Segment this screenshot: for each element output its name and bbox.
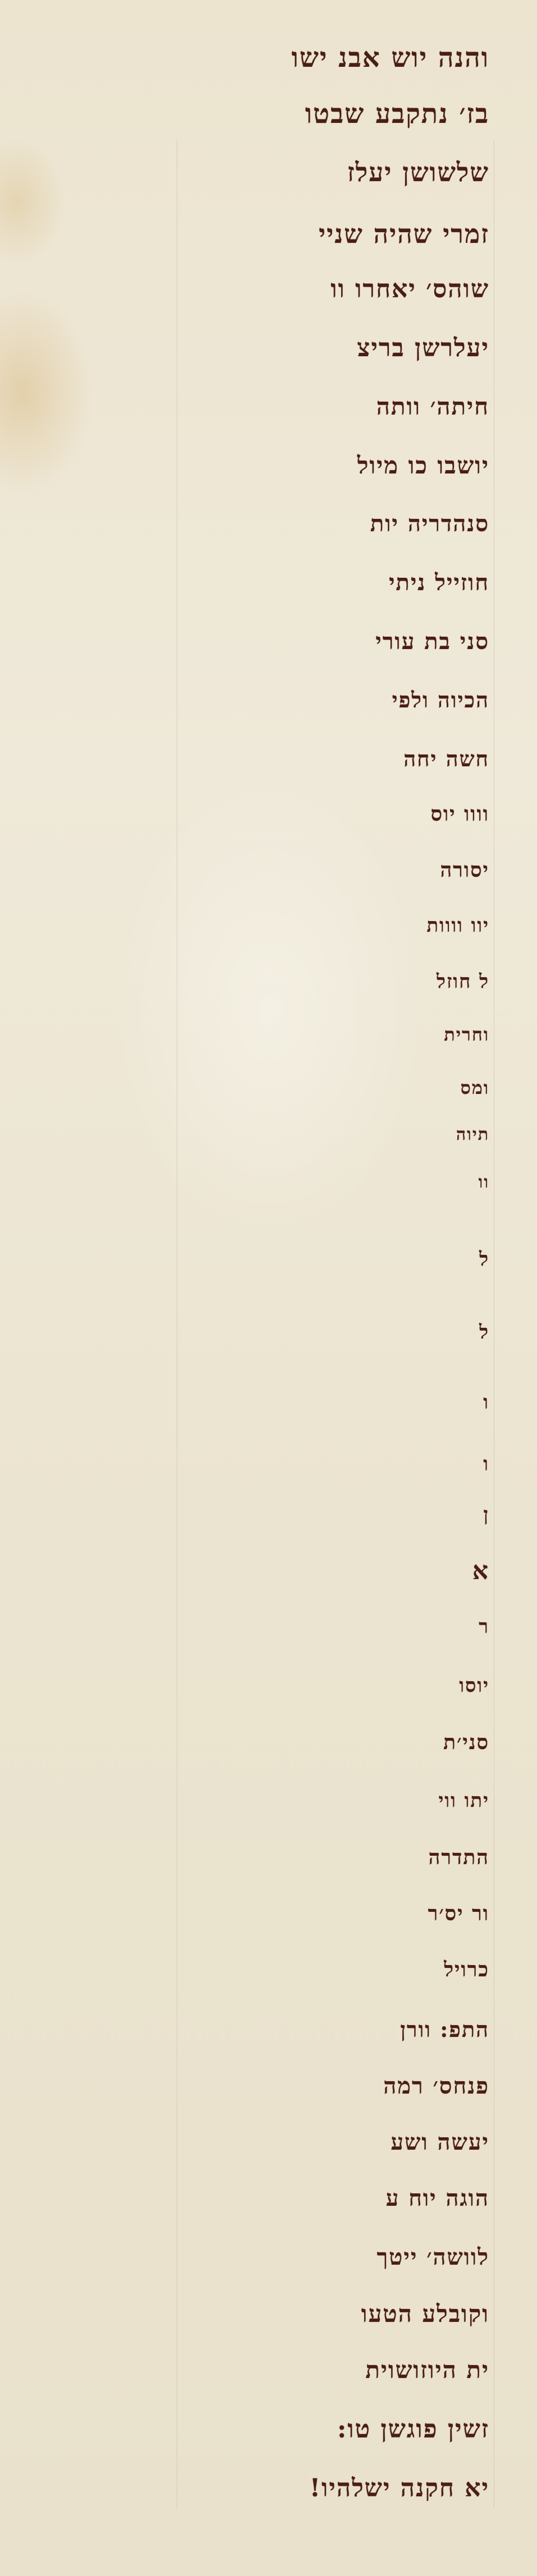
manuscript-line: ית היוזושוית [365, 2356, 489, 2384]
manuscript-line: זמרי שהיה שניי [319, 219, 489, 249]
manuscript-line: יא חקנה ישלהיו! [310, 2474, 489, 2503]
manuscript-line: יעלרשן בריצ [357, 334, 489, 362]
manuscript-line: ור יס׳ר [428, 1902, 489, 1925]
manuscript-line: סני בת עורי [375, 628, 489, 655]
manuscript-line: חיתה׳ וותה [377, 393, 489, 421]
manuscript-line: וו [479, 1172, 489, 1192]
manuscript-line: יתו ווי [439, 1790, 490, 1812]
manuscript-line: בז׳ נתקבע שבטו [305, 98, 489, 130]
manuscript-line: וווו יוס [430, 802, 489, 826]
manuscript-line: שוהס׳ יאחרו וו [331, 275, 489, 303]
manuscript-line: חשה יחה [403, 746, 489, 772]
manuscript-line: ל [479, 1248, 489, 1271]
manuscript-line: חוזייל ניתי [389, 569, 489, 596]
manuscript-line: ן [483, 1503, 489, 1526]
manuscript-line: יסורה [440, 858, 489, 882]
manuscript-text-column: והנה יוש אבנ ישובז׳ נתקבע שבטושלשושן יעל… [0, 0, 537, 2576]
manuscript-line: ומס [461, 1077, 489, 1098]
manuscript-line: סנהדריה יות [370, 510, 489, 537]
manuscript-line: ל [479, 1321, 489, 1344]
manuscript-line: הוגה יוח ע [386, 2185, 489, 2211]
manuscript-line: יושבו כו מיול [357, 452, 489, 480]
manuscript-line: שלשושן יעלז [347, 157, 489, 187]
manuscript-line: ו [483, 1453, 489, 1475]
manuscript-line: הכיוה ולפי [392, 687, 489, 713]
manuscript-line: וחרית [444, 1024, 489, 1045]
manuscript-line: ל חוזל [437, 970, 489, 993]
manuscript-line: התדרה [429, 1846, 489, 1869]
manuscript-line: א [472, 1557, 489, 1585]
manuscript-line: והנה יוש אבנ ישו [291, 42, 489, 73]
manuscript-line: לוושה׳ ייטך [377, 2244, 489, 2270]
manuscript-line: התפ: וורן [400, 2017, 489, 2043]
manuscript-line: ו [483, 1391, 489, 1414]
manuscript-line: סני׳ת [443, 1731, 489, 1754]
manuscript-line: ר [479, 1616, 489, 1638]
manuscript-line: וקובלע הטעו [361, 2300, 489, 2328]
manuscript-line: יוסו [459, 1675, 489, 1697]
manuscript-line: פנחס׳ רמה [383, 2073, 489, 2099]
manuscript-line: יעשה ושע [391, 2129, 489, 2155]
manuscript-line: יוו וווות [426, 914, 489, 937]
manuscript-line: זשין פוגשן טו: [337, 2415, 489, 2444]
manuscript-line: תיוה [456, 1125, 489, 1144]
manuscript-line: כרויל [444, 1958, 489, 1981]
